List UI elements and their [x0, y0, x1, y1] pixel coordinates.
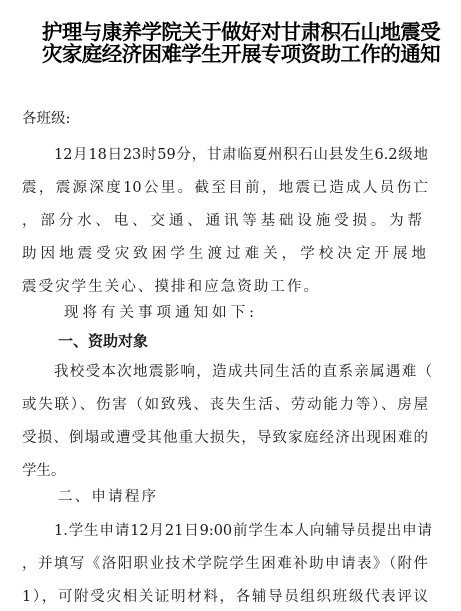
para2-line: 我校受本次地震影响，造成共同生活的直系亲属遇难（	[54, 362, 432, 382]
para3-line: 1），可附受灾相关证明材料，各辅导员组织班级代表评议	[22, 587, 428, 607]
section1-heading: 一、资助对象	[58, 331, 148, 351]
salutation: 各班级:	[22, 109, 432, 129]
para2-line: 学生。	[22, 461, 82, 481]
para2-line: 或失联）、伤害（如致残、丧失生活、劳动能力等）、房屋	[22, 395, 428, 415]
para1-line: 震，震源深度10公里。截至目前，地震已造成人员伤亡	[22, 178, 428, 198]
document-title: 护理与康养学院关于做好对甘肃积石山地震受灾家庭经济困难学生开展专项资助工作的通知	[36, 21, 446, 65]
section2-heading: 二、申请程序	[58, 487, 156, 507]
para2-line: 受损、倒塌或遭受其他重大损失，导致家庭经济出现困难的	[22, 428, 428, 448]
para3-line: 1.学生申请12月21日9:00前学生本人向辅导员提出申请	[54, 521, 432, 541]
para1-line: 12月18日23时59分，甘肃临夏州积石山县发生6.2级地	[54, 145, 428, 165]
para1-line: ，部分水、电、交通、通讯等基础设施受损。为帮	[22, 211, 422, 231]
para1-line: 震受灾学生关心、摸排和应急资助工作。	[22, 277, 318, 297]
para3-line: ，并填写《洛阳职业技术学院学生困难补助申请表》（附件	[22, 554, 428, 574]
para1-line: 助因地震受灾致困学生渡过难关，学校决定开展地	[22, 244, 426, 264]
intro-text: 现将有关事项通知如下:	[64, 303, 254, 323]
